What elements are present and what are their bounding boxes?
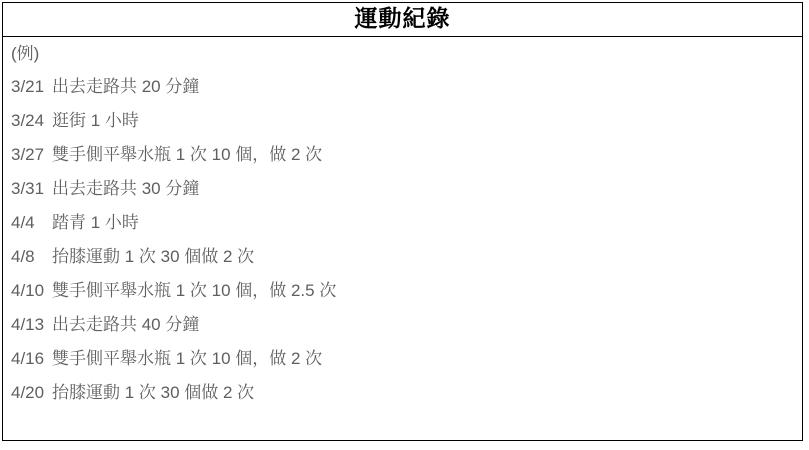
entry-activity: 出去走路共 20 分鐘 — [52, 77, 199, 96]
exercise-entry: 3/31出去走路共 30 分鐘 — [11, 179, 794, 199]
entry-date: 4/10 — [11, 281, 52, 301]
entry-activity: 抬膝運動 1 次 30 個做 2 次 — [52, 383, 254, 402]
table-content-cell: (例) 3/21出去走路共 20 分鐘 3/24逛街 1 小時 3/27雙手側平… — [3, 37, 802, 403]
entry-date: 3/27 — [11, 145, 52, 165]
entry-activity: 出去走路共 30 分鐘 — [52, 179, 199, 198]
entry-date: 4/20 — [11, 383, 52, 403]
entry-date: 3/24 — [11, 111, 52, 131]
exercise-record-table: 運動紀錄 (例) 3/21出去走路共 20 分鐘 3/24逛街 1 小時 3/2… — [2, 2, 803, 441]
entry-date: 4/13 — [11, 315, 52, 335]
table-title-row: 運動紀錄 — [3, 3, 802, 37]
exercise-entry: 4/8抬膝運動 1 次 30 個做 2 次 — [11, 247, 794, 267]
entry-date: 4/8 — [11, 247, 52, 267]
entry-date: 4/16 — [11, 349, 52, 369]
exercise-entry: 4/4踏青 1 小時 — [11, 213, 794, 233]
exercise-entry: 3/24逛街 1 小時 — [11, 111, 794, 131]
entry-activity: 逛街 1 小時 — [52, 111, 139, 130]
entry-date: 4/4 — [11, 213, 52, 233]
entry-activity: 雙手側平舉水瓶 1 次 10 個，做 2.5 次 — [52, 281, 336, 300]
entry-date: 3/31 — [11, 179, 52, 199]
entry-activity: 雙手側平舉水瓶 1 次 10 個，做 2 次 — [52, 349, 322, 368]
entry-activity: 出去走路共 40 分鐘 — [52, 315, 199, 334]
document-page: 運動紀錄 (例) 3/21出去走路共 20 分鐘 3/24逛街 1 小時 3/2… — [0, 0, 809, 450]
exercise-entry: 3/27雙手側平舉水瓶 1 次 10 個，做 2 次 — [11, 145, 794, 165]
example-label: (例) — [11, 44, 794, 63]
entry-activity: 抬膝運動 1 次 30 個做 2 次 — [52, 247, 254, 266]
entry-activity: 雙手側平舉水瓶 1 次 10 個，做 2 次 — [52, 145, 322, 164]
exercise-entry: 4/10雙手側平舉水瓶 1 次 10 個，做 2.5 次 — [11, 281, 794, 301]
entry-date: 3/21 — [11, 77, 52, 97]
exercise-entry: 4/13出去走路共 40 分鐘 — [11, 315, 794, 335]
exercise-entry: 4/20抬膝運動 1 次 30 個做 2 次 — [11, 383, 794, 403]
exercise-entry: 4/16雙手側平舉水瓶 1 次 10 個，做 2 次 — [11, 349, 794, 369]
exercise-entry: 3/21出去走路共 20 分鐘 — [11, 77, 794, 97]
table-title: 運動紀錄 — [355, 7, 451, 32]
entry-activity: 踏青 1 小時 — [52, 213, 139, 232]
